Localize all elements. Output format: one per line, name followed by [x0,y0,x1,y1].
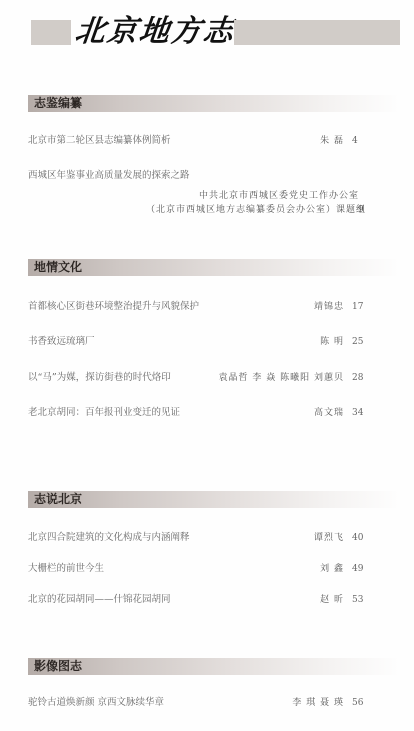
section-header-yingxiang: 影像图志 [28,658,400,675]
masthead-title: 北京地方志 [73,12,237,52]
entry-title[interactable]: 老北京胡同：百年报刊业变迁的见证 [28,405,180,421]
toc-entry[interactable]: 书香致远琉璃厂 陈 明 25 [28,334,368,350]
toc-entry[interactable]: 驼铃古道焕新颜 京西文脉续华章 李 琪 聂 瑛 56 [28,695,368,711]
entry-title[interactable]: 驼铃古道焕新颜 京西文脉续华章 [28,695,164,711]
toc-entry[interactable]: 西城区年鉴事业高质量发展的探索之路 [28,168,368,184]
entry-page: 49 [352,561,368,577]
entry-author: 高文瑞 [314,405,344,421]
entry-page: 9 [358,203,364,217]
toc-entry[interactable]: 北京四合院建筑的文化构成与内涵阐释 谭烈飞 40 [28,530,368,546]
section-heading: 志说北京 [34,491,82,508]
masthead-bar-left [31,20,71,45]
entry-page: 53 [352,592,368,608]
section-header-diqing: 地情文化 [28,259,400,276]
section-heading: 地情文化 [34,259,82,276]
entry-page: 34 [352,405,368,421]
entry-author: 刘 鑫 [320,561,344,577]
entry-author: 袁晶哲 李 焱 陈曦阳 刘蕙贝 [219,370,344,386]
section-header-zhijian: 志鉴编纂 [28,95,400,112]
toc-entry[interactable]: 首都核心区街巷环境整治提升与风貌保护 靖锦忠 17 [28,299,368,315]
entry-title[interactable]: 以“马”为媒，探访街巷的时代烙印 [28,370,171,386]
entry-author: 陈 明 [320,334,344,350]
entry-author: 谭烈飞 [314,530,344,546]
entry-page: 56 [352,695,368,711]
entry-page: 4 [352,133,368,149]
entry-title[interactable]: 西城区年鉴事业高质量发展的探索之路 [28,168,190,184]
toc-entry[interactable]: 以“马”为媒，探访街巷的时代烙印 袁晶哲 李 焱 陈曦阳 刘蕙贝 28 [28,370,368,386]
entry-author-org-line2: （北京市西城区地方志编纂委员会办公室）课题组 [146,203,366,217]
section-heading: 志鉴编纂 [34,95,82,112]
entry-author: 赵 昕 [320,592,344,608]
entry-page: 40 [352,530,368,546]
section-heading: 影像图志 [34,658,82,675]
entry-page: 17 [352,299,368,315]
section-header-zhishuo: 志说北京 [28,491,400,508]
toc-entry[interactable]: 北京的花园胡同——什锦花园胡同 赵 昕 53 [28,592,368,608]
entry-title[interactable]: 北京四合院建筑的文化构成与内涵阐释 [28,530,190,546]
entry-title[interactable]: 北京市第二轮区县志编纂体例简析 [28,133,171,149]
entry-author: 李 琪 聂 瑛 [292,695,344,711]
toc-entry[interactable]: 北京市第二轮区县志编纂体例简析 朱 磊 4 [28,133,368,149]
entry-author: 靖锦忠 [314,299,344,315]
toc-entry[interactable]: 大栅栏的前世今生 刘 鑫 49 [28,561,368,577]
entry-title[interactable]: 首都核心区街巷环境整治提升与风貌保护 [28,299,199,315]
entry-author-org-line1: 中共北京市西城区委党史工作办公室 [199,189,359,203]
entry-title[interactable]: 北京的花园胡同——什锦花园胡同 [28,592,171,608]
entry-page: 28 [352,370,368,386]
entry-title[interactable]: 书香致远琉璃厂 [28,334,95,350]
entry-title[interactable]: 大栅栏的前世今生 [28,561,104,577]
masthead-bar-right [234,20,400,45]
toc-entry[interactable]: 老北京胡同：百年报刊业变迁的见证 高文瑞 34 [28,405,368,421]
masthead: 北京地方志 [31,20,400,45]
entry-page: 25 [352,334,368,350]
entry-author: 朱 磊 [320,133,344,149]
